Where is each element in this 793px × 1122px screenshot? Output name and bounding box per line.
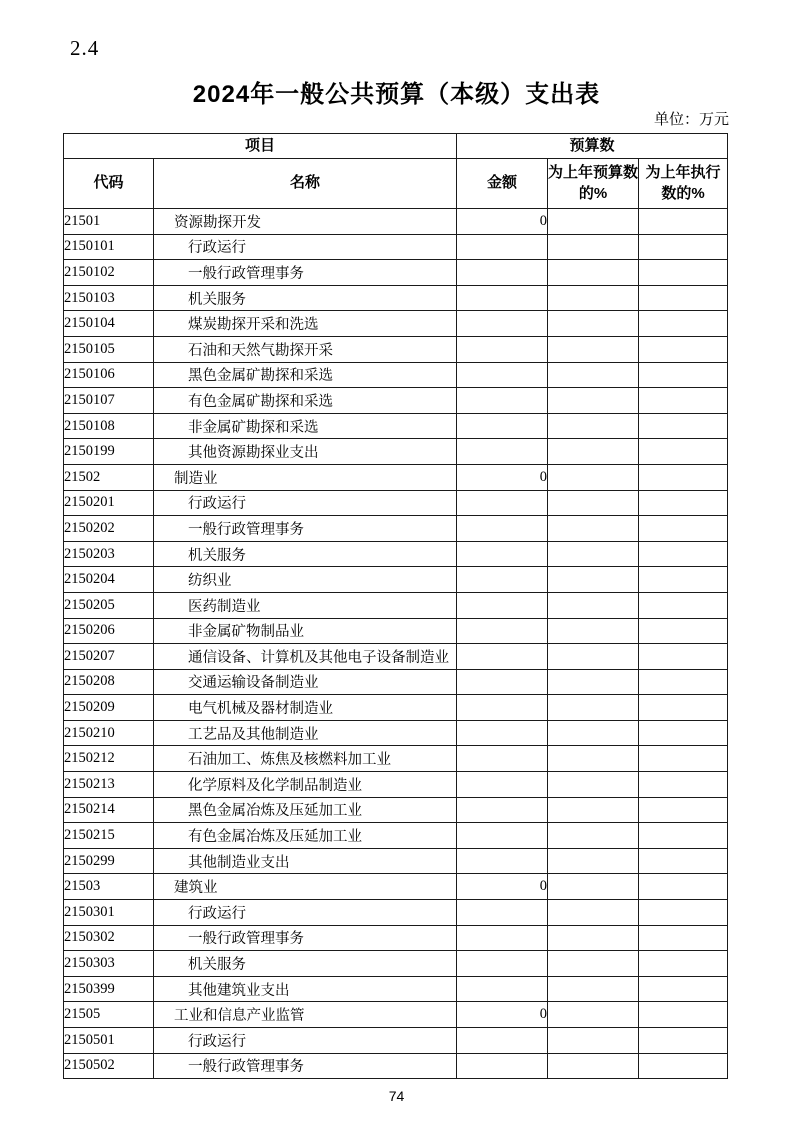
- table-row: 2150199其他资源勘探业支出: [64, 439, 728, 465]
- row-name: 一般行政管理事务: [154, 1053, 457, 1079]
- row-amount: [457, 234, 548, 260]
- row-code: 2150501: [64, 1028, 154, 1054]
- row-name: 其他资源勘探业支出: [154, 439, 457, 465]
- row-code: 2150302: [64, 925, 154, 951]
- row-amount: [457, 388, 548, 414]
- row-amount: [457, 669, 548, 695]
- row-pct-prev-actual: [639, 976, 728, 1002]
- row-name: 机关服务: [154, 541, 457, 567]
- row-code: 2150399: [64, 976, 154, 1002]
- table-row: 2150214黑色金属冶炼及压延加工业: [64, 797, 728, 823]
- row-name: 有色金属冶炼及压延加工业: [154, 823, 457, 849]
- row-name: 机关服务: [154, 951, 457, 977]
- row-pct-prev-budget: [548, 260, 639, 286]
- header-name: 名称: [154, 159, 457, 209]
- row-amount: [457, 618, 548, 644]
- row-pct-prev-budget: [548, 746, 639, 772]
- page-title: 2024年一般公共预算（本级）支出表: [0, 74, 793, 109]
- row-pct-prev-budget: [548, 618, 639, 644]
- header-budget-group: 预算数: [457, 134, 728, 159]
- row-pct-prev-actual: [639, 951, 728, 977]
- row-pct-prev-actual: [639, 413, 728, 439]
- row-code: 2150301: [64, 900, 154, 926]
- row-amount: 0: [457, 874, 548, 900]
- row-code: 2150210: [64, 720, 154, 746]
- table-row: 21505工业和信息产业监管0: [64, 1002, 728, 1028]
- table-row: 2150208交通运输设备制造业: [64, 669, 728, 695]
- row-pct-prev-budget: [548, 695, 639, 721]
- row-pct-prev-actual: [639, 695, 728, 721]
- row-pct-prev-actual: [639, 234, 728, 260]
- row-pct-prev-budget: [548, 516, 639, 542]
- row-pct-prev-budget: [548, 464, 639, 490]
- row-pct-prev-budget: [548, 720, 639, 746]
- row-pct-prev-actual: [639, 900, 728, 926]
- row-name: 建筑业: [154, 874, 457, 900]
- row-pct-prev-actual: [639, 311, 728, 337]
- row-pct-prev-actual: [639, 592, 728, 618]
- row-name: 医药制造业: [154, 592, 457, 618]
- row-pct-prev-actual: [639, 336, 728, 362]
- row-pct-prev-actual: [639, 720, 728, 746]
- row-pct-prev-budget: [548, 285, 639, 311]
- budget-table: 项目 预算数 代码 名称 金额 为上年预算数的% 为上年执行数的% 21501资…: [63, 133, 728, 1079]
- row-pct-prev-budget: [548, 848, 639, 874]
- row-name: 工业和信息产业监管: [154, 1002, 457, 1028]
- section-number: 2.4: [70, 36, 99, 61]
- row-name: 一般行政管理事务: [154, 260, 457, 286]
- row-name: 煤炭勘探开采和洗选: [154, 311, 457, 337]
- table-row: 2150102一般行政管理事务: [64, 260, 728, 286]
- row-name: 行政运行: [154, 1028, 457, 1054]
- row-code: 2150208: [64, 669, 154, 695]
- row-name: 黑色金属冶炼及压延加工业: [154, 797, 457, 823]
- row-pct-prev-budget: [548, 388, 639, 414]
- row-code: 2150105: [64, 336, 154, 362]
- row-pct-prev-budget: [548, 336, 639, 362]
- row-name: 资源勘探开发: [154, 209, 457, 235]
- row-pct-prev-budget: [548, 311, 639, 337]
- row-pct-prev-budget: [548, 644, 639, 670]
- row-code: 2150104: [64, 311, 154, 337]
- row-amount: [457, 592, 548, 618]
- table-row: 2150106黑色金属矿勘探和采选: [64, 362, 728, 388]
- row-pct-prev-actual: [639, 388, 728, 414]
- row-amount: 0: [457, 209, 548, 235]
- row-pct-prev-budget: [548, 592, 639, 618]
- row-pct-prev-actual: [639, 1002, 728, 1028]
- table-row: 2150101行政运行: [64, 234, 728, 260]
- row-name: 其他制造业支出: [154, 848, 457, 874]
- row-amount: [457, 951, 548, 977]
- row-pct-prev-budget: [548, 490, 639, 516]
- row-pct-prev-budget: [548, 925, 639, 951]
- row-pct-prev-actual: [639, 1053, 728, 1079]
- row-name: 一般行政管理事务: [154, 516, 457, 542]
- row-pct-prev-budget: [548, 669, 639, 695]
- row-code: 2150502: [64, 1053, 154, 1079]
- row-pct-prev-actual: [639, 848, 728, 874]
- row-code: 2150106: [64, 362, 154, 388]
- row-amount: [457, 746, 548, 772]
- table-row: 2150201行政运行: [64, 490, 728, 516]
- row-pct-prev-actual: [639, 1028, 728, 1054]
- row-amount: [457, 285, 548, 311]
- row-name: 有色金属矿勘探和采选: [154, 388, 457, 414]
- row-name: 石油和天然气勘探开采: [154, 336, 457, 362]
- row-name: 电气机械及器材制造业: [154, 695, 457, 721]
- table-row: 2150301行政运行: [64, 900, 728, 926]
- row-amount: 0: [457, 1002, 548, 1028]
- row-code: 2150203: [64, 541, 154, 567]
- document-page: { "page": { "section_number": "2.4", "ti…: [0, 0, 793, 1122]
- row-amount: [457, 772, 548, 798]
- table-row: 2150501行政运行: [64, 1028, 728, 1054]
- row-code: 2150207: [64, 644, 154, 670]
- table-row: 2150205医药制造业: [64, 592, 728, 618]
- row-pct-prev-budget: [548, 1053, 639, 1079]
- row-name: 机关服务: [154, 285, 457, 311]
- header-amount: 金额: [457, 159, 548, 209]
- row-name: 黑色金属矿勘探和采选: [154, 362, 457, 388]
- row-code: 2150213: [64, 772, 154, 798]
- row-amount: [457, 260, 548, 286]
- row-name: 行政运行: [154, 900, 457, 926]
- row-code: 2150209: [64, 695, 154, 721]
- row-amount: [457, 490, 548, 516]
- row-pct-prev-actual: [639, 823, 728, 849]
- table-row: 2150502一般行政管理事务: [64, 1053, 728, 1079]
- row-amount: [457, 1053, 548, 1079]
- row-pct-prev-actual: [639, 925, 728, 951]
- row-pct-prev-budget: [548, 413, 639, 439]
- row-pct-prev-budget: [548, 823, 639, 849]
- row-pct-prev-actual: [639, 541, 728, 567]
- table-row: 2150209电气机械及器材制造业: [64, 695, 728, 721]
- row-pct-prev-budget: [548, 1002, 639, 1028]
- table-row: 2150210工艺品及其他制造业: [64, 720, 728, 746]
- table-row: 2150215有色金属冶炼及压延加工业: [64, 823, 728, 849]
- row-pct-prev-actual: [639, 490, 728, 516]
- row-amount: [457, 439, 548, 465]
- row-amount: [457, 413, 548, 439]
- row-name: 行政运行: [154, 490, 457, 516]
- row-amount: [457, 567, 548, 593]
- row-pct-prev-budget: [548, 951, 639, 977]
- row-code: 21503: [64, 874, 154, 900]
- header-project-group: 项目: [64, 134, 457, 159]
- table-row: 2150212石油加工、炼焦及核燃料加工业: [64, 746, 728, 772]
- row-pct-prev-actual: [639, 772, 728, 798]
- row-pct-prev-budget: [548, 362, 639, 388]
- table-row: 2150204纺织业: [64, 567, 728, 593]
- row-code: 21505: [64, 1002, 154, 1028]
- row-amount: [457, 823, 548, 849]
- row-pct-prev-actual: [639, 439, 728, 465]
- row-amount: [457, 362, 548, 388]
- row-pct-prev-budget: [548, 209, 639, 235]
- header-group-row: 项目 预算数: [64, 134, 728, 159]
- table-row: 2150303机关服务: [64, 951, 728, 977]
- row-code: 2150101: [64, 234, 154, 260]
- row-pct-prev-actual: [639, 874, 728, 900]
- table-row: 2150107有色金属矿勘探和采选: [64, 388, 728, 414]
- row-amount: [457, 925, 548, 951]
- table-row: 21501资源勘探开发0: [64, 209, 728, 235]
- table-row: 2150103机关服务: [64, 285, 728, 311]
- page-number: 74: [0, 1088, 793, 1104]
- row-pct-prev-budget: [548, 797, 639, 823]
- row-name: 非金属矿物制品业: [154, 618, 457, 644]
- row-pct-prev-budget: [548, 874, 639, 900]
- row-code: 2150215: [64, 823, 154, 849]
- table-row: 2150207通信设备、计算机及其他电子设备制造业: [64, 644, 728, 670]
- row-name: 纺织业: [154, 567, 457, 593]
- row-pct-prev-budget: [548, 976, 639, 1002]
- row-name: 非金属矿勘探和采选: [154, 413, 457, 439]
- row-code: 2150299: [64, 848, 154, 874]
- table-row: 2150203机关服务: [64, 541, 728, 567]
- row-amount: [457, 797, 548, 823]
- row-pct-prev-budget: [548, 1028, 639, 1054]
- row-amount: [457, 311, 548, 337]
- row-name: 一般行政管理事务: [154, 925, 457, 951]
- row-name: 石油加工、炼焦及核燃料加工业: [154, 746, 457, 772]
- table-row: 21502制造业0: [64, 464, 728, 490]
- row-name: 制造业: [154, 464, 457, 490]
- row-name: 化学原料及化学制品制造业: [154, 772, 457, 798]
- table-row: 2150105石油和天然气勘探开采: [64, 336, 728, 362]
- row-code: 2150303: [64, 951, 154, 977]
- table-row: 2150108非金属矿勘探和采选: [64, 413, 728, 439]
- table-row: 2150299其他制造业支出: [64, 848, 728, 874]
- row-pct-prev-actual: [639, 669, 728, 695]
- header-pct-prev-actual: 为上年执行数的%: [639, 159, 728, 209]
- header-code: 代码: [64, 159, 154, 209]
- row-amount: [457, 1028, 548, 1054]
- row-amount: [457, 336, 548, 362]
- row-code: 2150103: [64, 285, 154, 311]
- row-pct-prev-actual: [639, 644, 728, 670]
- row-amount: [457, 516, 548, 542]
- row-code: 2150199: [64, 439, 154, 465]
- row-code: 2150107: [64, 388, 154, 414]
- row-code: 2150202: [64, 516, 154, 542]
- row-amount: [457, 695, 548, 721]
- table-row: 2150213化学原料及化学制品制造业: [64, 772, 728, 798]
- row-pct-prev-actual: [639, 797, 728, 823]
- row-code: 2150108: [64, 413, 154, 439]
- row-code: 21501: [64, 209, 154, 235]
- row-code: 2150214: [64, 797, 154, 823]
- row-pct-prev-actual: [639, 209, 728, 235]
- row-pct-prev-actual: [639, 285, 728, 311]
- row-pct-prev-budget: [548, 541, 639, 567]
- row-code: 21502: [64, 464, 154, 490]
- row-code: 2150204: [64, 567, 154, 593]
- row-pct-prev-budget: [548, 772, 639, 798]
- table-row: 21503建筑业0: [64, 874, 728, 900]
- row-amount: 0: [457, 464, 548, 490]
- row-name: 工艺品及其他制造业: [154, 720, 457, 746]
- table-body: 21501资源勘探开发02150101行政运行2150102一般行政管理事务21…: [64, 209, 728, 1079]
- table-header: 项目 预算数 代码 名称 金额 为上年预算数的% 为上年执行数的%: [64, 134, 728, 209]
- row-name: 交通运输设备制造业: [154, 669, 457, 695]
- table-row: 2150206非金属矿物制品业: [64, 618, 728, 644]
- row-name: 其他建筑业支出: [154, 976, 457, 1002]
- row-pct-prev-actual: [639, 567, 728, 593]
- row-name: 行政运行: [154, 234, 457, 260]
- row-pct-prev-actual: [639, 746, 728, 772]
- table-row: 2150399其他建筑业支出: [64, 976, 728, 1002]
- row-pct-prev-budget: [548, 900, 639, 926]
- row-pct-prev-actual: [639, 516, 728, 542]
- row-amount: [457, 720, 548, 746]
- row-pct-prev-actual: [639, 260, 728, 286]
- unit-label: 单位：万元: [654, 108, 729, 129]
- row-code: 2150205: [64, 592, 154, 618]
- table-row: 2150104煤炭勘探开采和洗选: [64, 311, 728, 337]
- row-pct-prev-actual: [639, 464, 728, 490]
- row-amount: [457, 976, 548, 1002]
- row-code: 2150206: [64, 618, 154, 644]
- row-pct-prev-budget: [548, 234, 639, 260]
- row-pct-prev-budget: [548, 567, 639, 593]
- header-columns-row: 代码 名称 金额 为上年预算数的% 为上年执行数的%: [64, 159, 728, 209]
- row-amount: [457, 541, 548, 567]
- row-amount: [457, 900, 548, 926]
- row-code: 2150201: [64, 490, 154, 516]
- row-code: 2150212: [64, 746, 154, 772]
- header-pct-prev-budget: 为上年预算数的%: [548, 159, 639, 209]
- table-row: 2150302一般行政管理事务: [64, 925, 728, 951]
- table-row: 2150202一般行政管理事务: [64, 516, 728, 542]
- row-amount: [457, 644, 548, 670]
- row-code: 2150102: [64, 260, 154, 286]
- row-amount: [457, 848, 548, 874]
- row-name: 通信设备、计算机及其他电子设备制造业: [154, 644, 457, 670]
- row-pct-prev-actual: [639, 362, 728, 388]
- row-pct-prev-actual: [639, 618, 728, 644]
- row-pct-prev-budget: [548, 439, 639, 465]
